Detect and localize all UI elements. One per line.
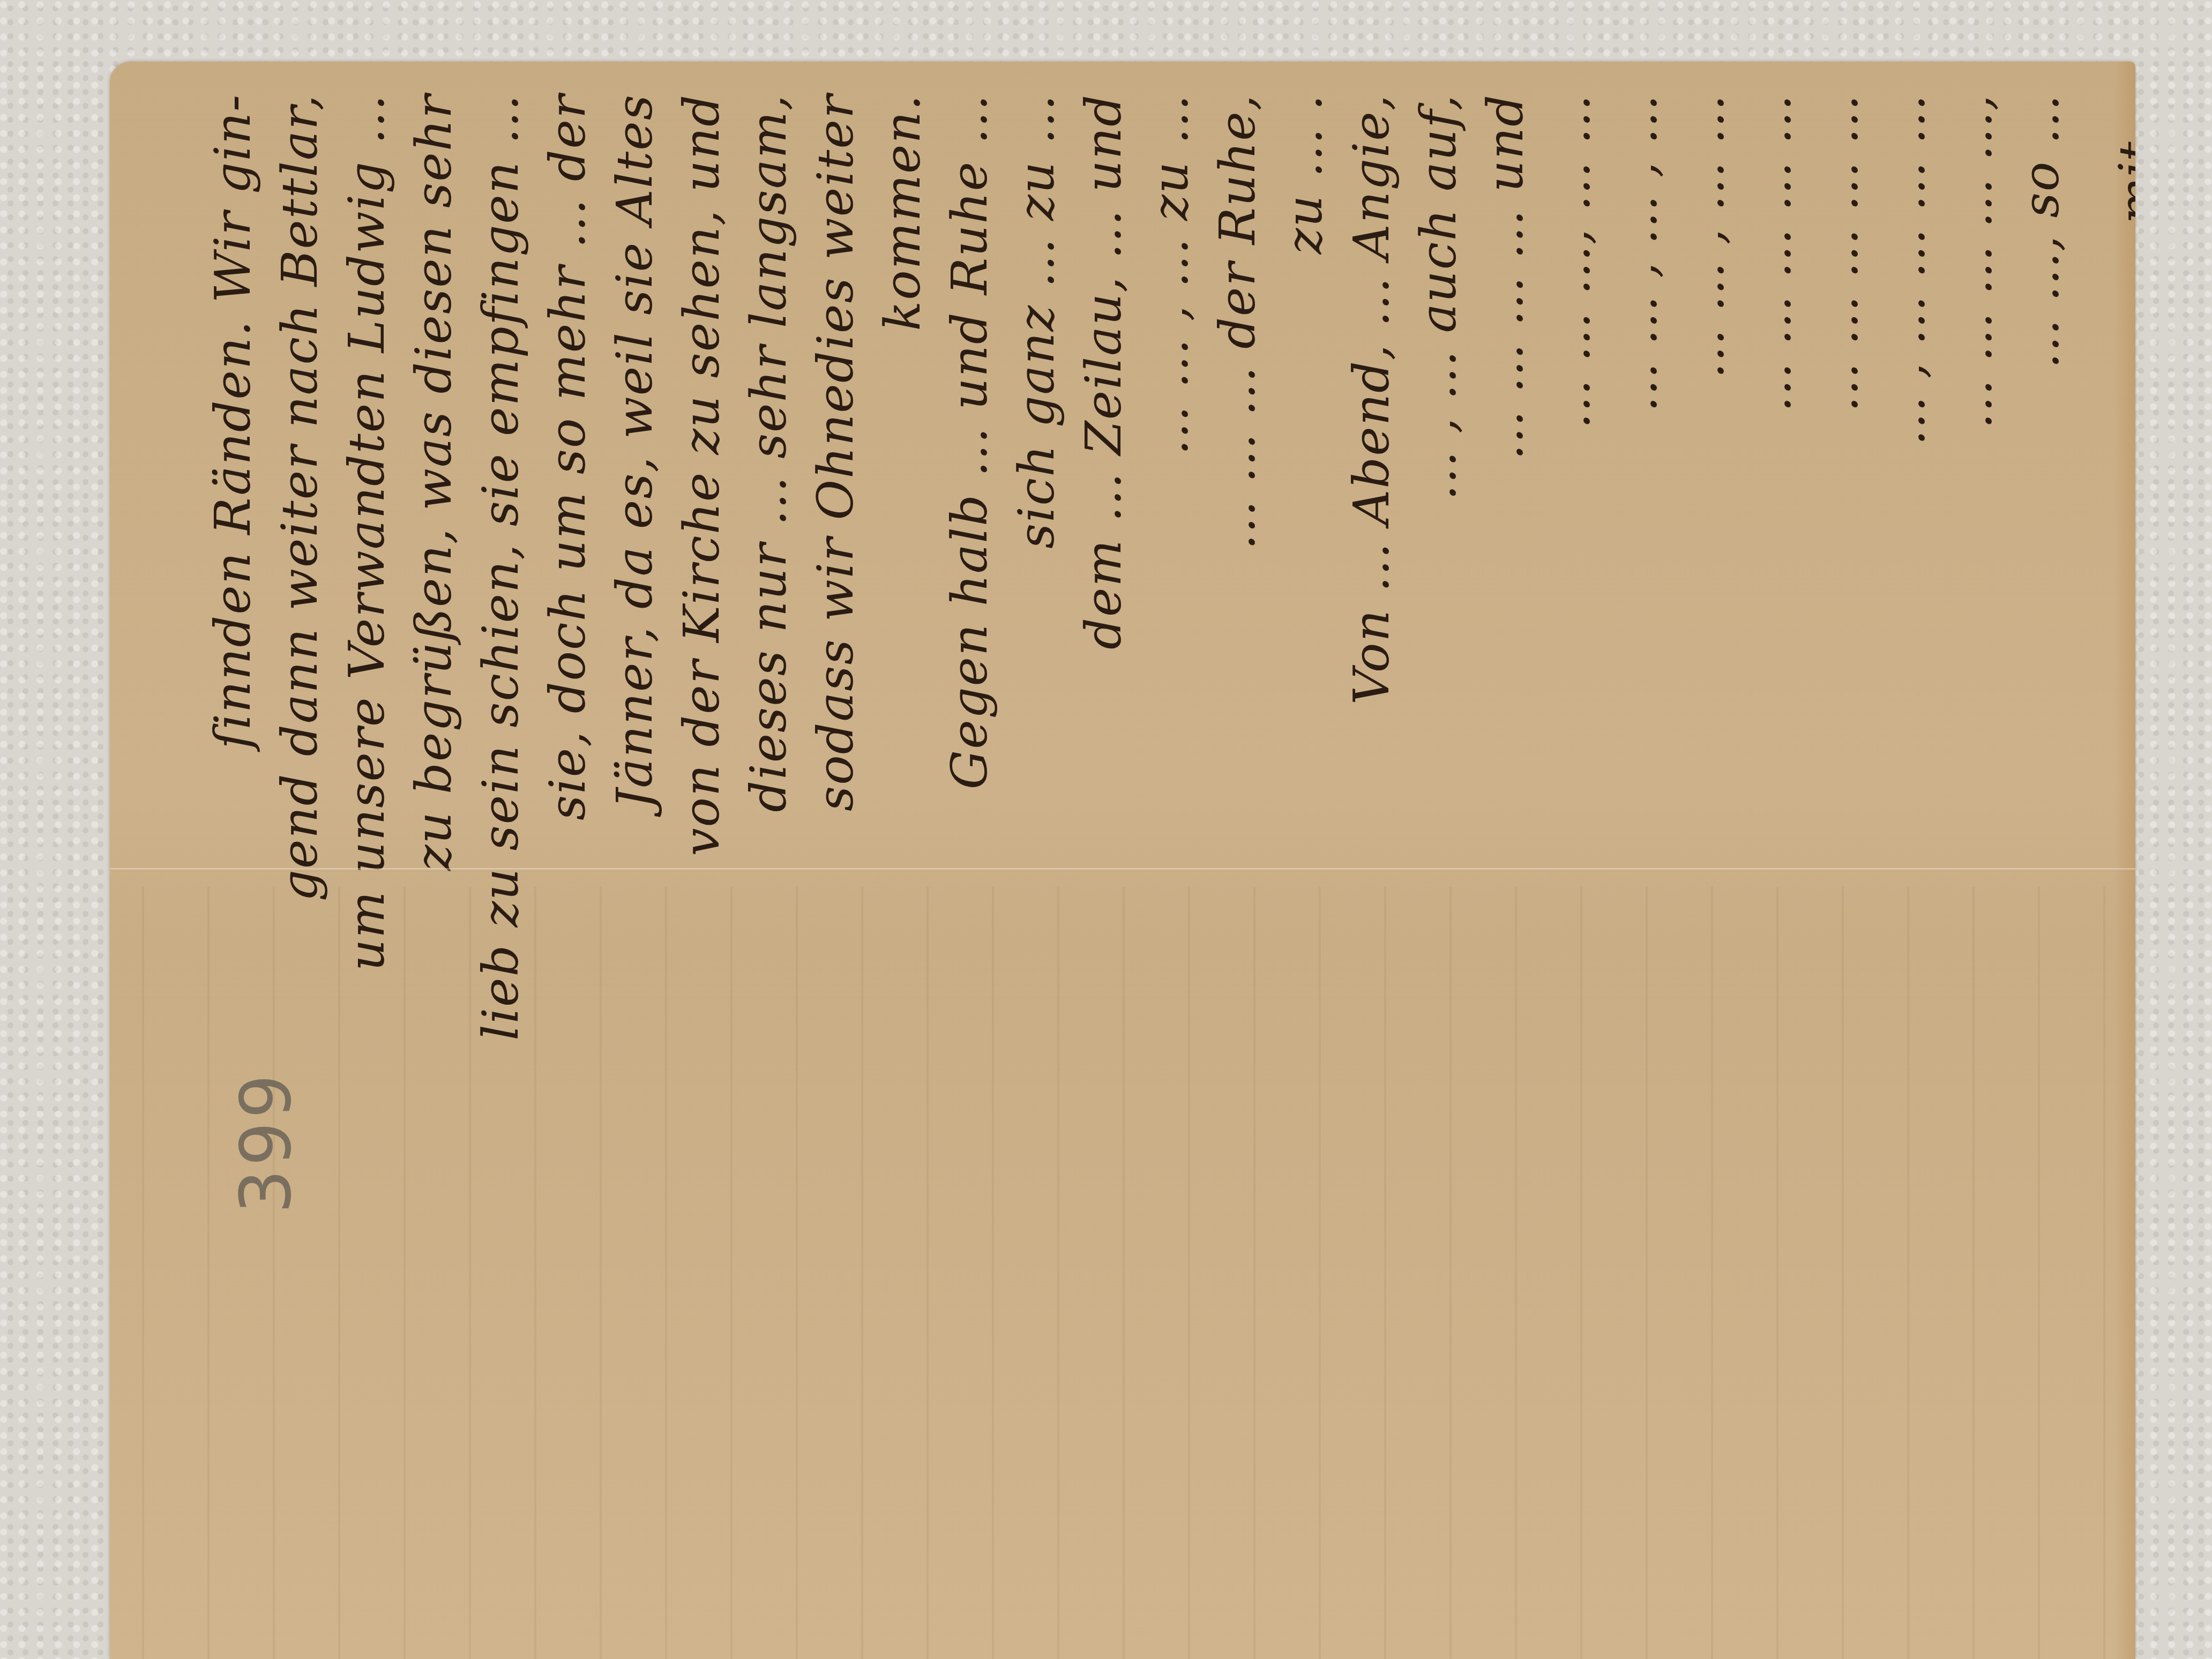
handwritten-line: Von ... Abend, ... Angie, bbox=[1340, 94, 1404, 865]
handwritten-line: ... ... ... ... ... bbox=[1742, 94, 1806, 865]
handwritten-line: ... ... ... ... und bbox=[1474, 94, 1538, 865]
handwritten-line: ... ... , ... ... bbox=[1675, 94, 1739, 865]
handwritten-line: lieb zu sein schien, sie empfingen ... bbox=[469, 94, 533, 865]
closing-word: mit, bbox=[2109, 126, 2135, 226]
handwritten-text-block: ſinnden Ränden. Wir gin- gend dann weite… bbox=[201, 94, 2076, 865]
handwritten-line: ſinnden Ränden. Wir gin- bbox=[201, 94, 265, 865]
handwritten-line: Gegen halb ... und Ruhe ... bbox=[938, 94, 1002, 865]
handwritten-line: von der Kirche zu sehen, und bbox=[670, 94, 734, 865]
manuscript-page: 399 ſinnden Ränden. Wir gin- gend dann w… bbox=[110, 62, 2135, 1659]
ink-bleed-through bbox=[110, 887, 2135, 1659]
handwritten-line: um unsere Verwandten Ludwig ... bbox=[335, 94, 399, 865]
handwritten-line: ... ..., so ... bbox=[2009, 94, 2074, 865]
handwritten-line: ... , ... ... ... ... bbox=[1875, 94, 1940, 865]
handwritten-line: kommen. bbox=[871, 94, 935, 865]
handwritten-line: gend dann weiter nach Bettlar, bbox=[268, 94, 332, 865]
handwritten-line: zu begrüßen, was diesen sehr bbox=[402, 94, 466, 865]
pencil-page-number: 399 bbox=[225, 1071, 307, 1214]
handwritten-line: ... ... ... der Ruhe, bbox=[1206, 94, 1270, 865]
handwritten-line: Jänner, da es, weil sie Altes bbox=[603, 94, 667, 865]
handwritten-line: ... ... ..., ... ... bbox=[1541, 94, 1605, 865]
paper-edge-stain bbox=[2114, 62, 2135, 1659]
handwritten-line: dem ... Zeilau, ... und bbox=[1072, 94, 1136, 865]
handwritten-line: ... , ... auch auf, bbox=[1407, 94, 1471, 865]
handwritten-line: zu ... . bbox=[1273, 94, 1337, 865]
handwritten-line: ... ... , ... , ... bbox=[1608, 94, 1672, 865]
handwritten-line: sodass wir Ohnedies weiter bbox=[804, 94, 868, 865]
handwritten-line: ... ... ... ... ... bbox=[1809, 94, 1873, 865]
handwritten-line: sie, doch um so mehr ... der bbox=[536, 94, 600, 865]
handwritten-line: ... ... ... ... ..., bbox=[1942, 94, 2007, 865]
handwritten-line: dieses nur ... sehr langsam, bbox=[737, 94, 801, 865]
handwritten-line: sich ganz ... zu ... bbox=[1005, 94, 1069, 865]
handwritten-line: ... ... , ... zu ... bbox=[1139, 94, 1203, 865]
